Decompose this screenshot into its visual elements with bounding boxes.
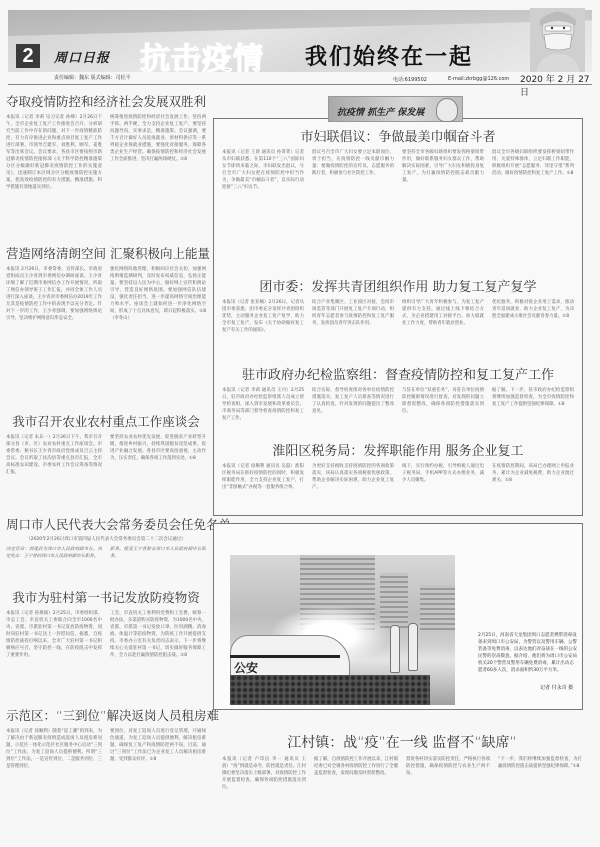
article-body: 要到位，对复工返岗人员进行登记管理，开通绿色通道，为复工返岗人员提供便利，解决租… — [110, 728, 206, 847]
article-network-space: 营造网络清朗空间 汇聚积极向上能量 本报讯 2月26日，市委常委、宣传部长、市政… — [6, 244, 206, 416]
article-body: 本报讯（记者 卢印良 李一 通讯员 王晨）“疫”情就是命令，防控就是责任。江村镇… — [222, 756, 306, 846]
section-title: 抗击疫情 — [140, 34, 264, 78]
article-body: 要坚持农业农村优先发展，促进脱贫产业转型升级，推进乡村振兴，持续巩固脱贫攻坚成果… — [110, 434, 206, 500]
article-body: 本报讯 2月26日，市委常委、宣传部长、市政府党组成员王少青到市委网信办调研座谈… — [6, 266, 102, 416]
article-body: 统筹推进疫情防控和经济社会发展工作，坚持两手抓、两手硬，全力支持企业复工复产，要… — [110, 114, 206, 216]
slogan: 我们始终在一起 — [305, 40, 473, 71]
hedge — [230, 675, 430, 705]
issue-date: 2020 年 2 月 27 日 — [520, 72, 600, 98]
building — [420, 585, 455, 630]
article-headline: 营造网络清朗空间 汇聚积极向上能量 — [6, 244, 206, 262]
article-body: 要坚持全市各级妇联组织要发挥桥梁纽带作用，做好联系服务妇女群众工作，帮助解决实际… — [402, 149, 484, 227]
article-body: 职务。接受王宁普辞去周口市人民政府副市长职务。 — [110, 546, 206, 576]
editors-credit: 责任编辑：魏东 版式编辑：司松平 — [54, 74, 131, 81]
article-headline: 我市为驻村第一书记发放防疫物资 — [6, 588, 206, 606]
photo-caption: 2月25日，河南省天龙集团周口志愿者携带消毒设备来到周口市公安局，为警营以及警用… — [478, 632, 578, 674]
article-body: 本报讯（记者 徐顺利 通讯员 吴磊）淮阳区税务局在抓好疫情防控的同时，积极发挥职… — [222, 463, 304, 513]
article-body: 优化服务，积极对接企业用工需求，推动青年返岗就业，助力企业复工复产，为决胜全面建… — [492, 299, 574, 349]
article-tax-bureau: 淮阳区税务局：发挥职能作用 服务企业复工 本报讯（记者 徐顺利 通讯员 吴磊）淮… — [222, 440, 574, 513]
article-headline: 夺取疫情防控和经济社会发展双胜利 — [6, 92, 206, 110]
article-body: 据了解，下一步，驻市政府办纪检监察组将继续加强监督检查，为全市疫情防控和复工复产… — [492, 387, 574, 431]
article-headline: 驻市政府办纪检监察组：督查疫情防控和复工复产工作 — [222, 364, 574, 383]
article-headline: 市妇联倡议：争做最美巾帼奋斗者 — [222, 126, 574, 145]
masthead-band — [8, 10, 592, 36]
contact-email: E-mail:zkrbgg@126.com — [448, 76, 509, 82]
article-body: 决定任命：刘建武为周口市人民政府副市长。决定免去：王宁普的周口市人民政府副市长职… — [6, 546, 102, 576]
article-body: 结合实际，督导检查组对各单位疫情防控措施落实、复工复产人员排查等情况进行了认真检… — [312, 387, 394, 431]
article-body: 本报讯（记者 张亚楠）2月26日，记者从团市委获悉，团市委充分发挥共青团组织优势… — [222, 299, 304, 349]
article-subhead: （2020年2月26日周口市第四届人民代表大会常务委员会第二十二次会议通过） — [6, 536, 206, 542]
photo-credit: 记者 付永奇 摄 — [540, 684, 573, 691]
article-body: 强化网络阵地管理，积极回应社会关切，加强网络舆情监测研判，及时发布权威信息，弘扬… — [110, 266, 206, 416]
article-headline: 周口市人民代表大会常务委员会任免名单 — [6, 515, 206, 533]
article-headline: 团市委：发挥共青团组织作用 助力复工复产复学 — [222, 276, 574, 295]
article-headline: 淮阳区税务局：发挥职能作用 服务企业复工 — [222, 440, 574, 459]
article-body: 组织引导广大青年积极参与，为复工复产提供有力支持。通过线上线下相结合方式，为企业… — [402, 299, 484, 349]
article-headline: 我市召开农业农村重点工作座谈会 — [6, 412, 206, 430]
worker-figure — [390, 625, 400, 673]
article-body: 倡议号召全市广大妇女要立足本职岗位，勇于担当，在疫情防控一线贡献巾帼力量；要做疫… — [312, 149, 394, 227]
article-body: 工会、市直机关工委利用党费和工会费，统筹一批办法，多渠道购买防疫物资，为1000… — [110, 610, 206, 702]
article-headline: 江村镇：战“疫”在一线 监督不“缺席” — [222, 732, 582, 752]
car-stripe — [230, 655, 340, 658]
article-demonstration-zone: 示范区：“三到位”解决返岗人员租房难 本报讯（记者 徐顺利）随着“返工潮”的到来… — [6, 706, 206, 847]
article-body: 本报讯（记者 徐顺利）随着“返工潮”的到来，为了解决由于新冠肺炎疫情造成返岗人员… — [6, 728, 102, 847]
article-body: 本报讯（记者 朱东一）2月26日下午，我市召开部分县（市、区）农业农村重点工作座… — [6, 434, 102, 500]
section-banner-label: 抗疫情 抓生产 保发展 — [337, 105, 424, 118]
car-label: 公安 — [234, 659, 258, 676]
article-body: 在疫情防控期间，该局已办理网上申报业务，累计为企业减免税费，助力企业渡过难关。①… — [492, 463, 574, 513]
article-agriculture-meeting: 我市召开农业农村重点工作座谈会 本报讯（记者 朱东一）2月26日下午，我市召开部… — [6, 412, 206, 500]
divider — [8, 84, 592, 85]
article-discipline-inspection: 驻市政府办纪检监察组：督查疫情防控和复工复产工作 本报讯（记者 李莉 通讯员 王… — [222, 364, 574, 431]
article-body: 倡议全市各级妇联组织要发挥桥梁纽带作用，关爱特殊群体，立足妇联工作职能，积极组织… — [492, 149, 574, 227]
article-body: 线下，实行预约办税，引导纳税人通过电子税务局、手机APP等方式办理业务，减少人员… — [402, 463, 484, 513]
article-body: 本报讯（记者 孙燕斌）2月25日，市委组织部、市总工会、市直机关工委联合向全市1… — [6, 610, 102, 702]
article-dual-victory: 夺取疫情防控和经济社会发展双胜利 本报讯（记者 李莉 见习记者 孙峰）2月26日… — [6, 92, 206, 216]
article-body: 本报讯（记者 李莉 见习记者 孙峰）2月26日下午，全市企业复工复产工作推进会召… — [6, 114, 102, 216]
article-jiangcun-town: 江村镇：战“疫”在一线 监督不“缺席” 本报讯（记者 卢印良 李一 通讯员 王晨… — [222, 732, 582, 846]
news-photo-disinfection: 公安 — [230, 555, 455, 705]
article-village-secretary: 我市为驻村第一书记发放防疫物资 本报讯（记者 孙燕斌）2月25日，市委组织部、市… — [6, 588, 206, 702]
masked-face-icon — [436, 98, 458, 122]
article-body: 本报讯（记者 李莉 通讯员 王丹）2月25日，驻市政府办纪检监察组派人员成立督导… — [222, 387, 304, 431]
article-body: 本报讯（记者 王晨 通讯员 孙菁菁）记者从市妇联获悉，在第110个“三八”国际妇… — [222, 149, 304, 227]
article-youth-league: 团市委：发挥共青团组织作用 助力复工复产复学 本报讯（记者 张亚楠）2月26日，… — [222, 276, 574, 349]
article-body: 为更好支持税收支持疫情防控的各项政策落实，该局认真落实各项税收优惠政策，帮助企业… — [312, 463, 394, 513]
article-body: “下一步，我们将继续加强监督检查，为打赢疫情防控阻击战提供坚强纪律保障。”①8 — [498, 756, 582, 846]
article-appointments: 周口市人民代表大会常务委员会任免名单 （2020年2月26日周口市第四届人民代表… — [6, 515, 206, 576]
section-banner: 抗疫情 抓生产 保发展 — [328, 96, 463, 122]
article-womens-federation: 市妇联倡议：争做最美巾帼奋斗者 本报讯（记者 王晨 通讯员 孙菁菁）记者从市妇联… — [222, 126, 574, 227]
contact-phone: 电话:6199502 — [393, 76, 427, 83]
article-headline: 示范区：“三到位”解决返岗人员租房难 — [6, 706, 206, 724]
article-body: 结合产业集聚区、工业园区对接，会同市场监管等部门开展复工复产专项行动，组织青年志… — [312, 299, 394, 349]
article-body: 与驻在单位“双重任务”，对驻在单位疫情防控履职情况进行督查，对发现的问题立即督促… — [402, 387, 484, 431]
paper-logo: 周口日报 — [54, 47, 110, 66]
article-body: 据了解，自疫情防控工作开展以来，江村镇纪委已对全镇各村疫情防控工作进行了全覆盖监… — [314, 756, 398, 846]
article-body: 督促各村切实落实防控责任，严格执行各项防控措施，确保疫情防控与农业生产两不误。 — [406, 756, 490, 846]
page-number: 2 — [16, 44, 40, 68]
worker-figure — [408, 623, 418, 671]
masked-nurse-illustration — [530, 8, 585, 72]
